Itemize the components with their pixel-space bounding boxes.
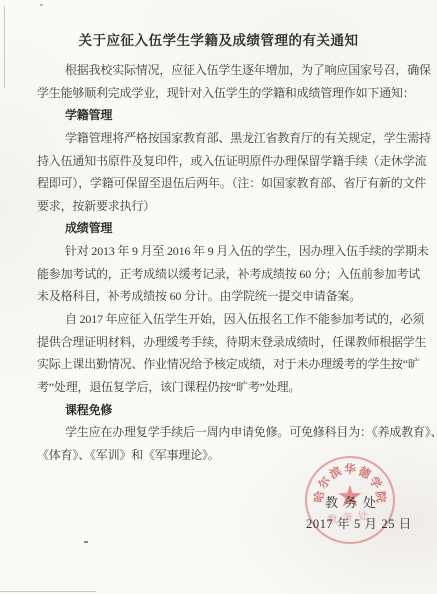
text-line: 根据我校实际情况，应征入伍学生逐年增加，为了响应国家号召，确保 (37, 59, 411, 82)
text-line: 学生应在办理复学手续后一周内申请免修。可免修科目为：《养成教育》、 (37, 421, 411, 444)
text-line: 能参加考试的，正考成绩以缓考记录，补考成绩按 60 分；入伍前参加考试 (37, 263, 411, 286)
scan-artifact-left-edge (4, 6, 5, 88)
section-heading-chengji: 成绩管理 (37, 217, 411, 240)
text-line: 实际上课出勤情况、作业情况给予核定成绩，对于未办理缓考的学生按“旷 (37, 353, 411, 376)
text-line: 提供合理证明材料，办理缓考手续，待期末登录成绩时，任课教师根据学生 (37, 331, 411, 354)
text-line: 自 2017 年应征入伍学生开始，因入伍报名工作不能参加考试的，必须 (37, 308, 411, 331)
text-line: 考”处理，退伍复学后，该门课程仍按“旷考”处理。 (37, 376, 411, 399)
document-title: 关于应征入伍学生学籍及成绩管理的有关通知 (0, 29, 437, 49)
text-line: 学籍管理将严格按国家教育部、黑龙江省教育厅的有关规定，学生需持 (37, 127, 411, 150)
text-line: 程即可），学籍可保留至退伍后两年。（注：如国家教育部、省厅有新的文件 (37, 172, 411, 195)
scan-artifact-speck (84, 541, 88, 543)
section-heading-mianxiu: 课程免修 (37, 399, 411, 422)
text-line: 针对 2013 年 9 月至 2016 年 9 月入伍的学生，因办理入伍手续的学… (37, 240, 411, 263)
text-line: 学生能够顺利完成学业，现针对入伍学生的学籍和成绩管理作如下通知： (37, 82, 411, 105)
text-line: 未及格科目，补考成绩按 60 分计。由学院统一提交申请备案。 (37, 285, 411, 308)
document-body: 根据我校实际情况，应征入伍学生逐年增加，为了响应国家号召，确保 学生能够顺利完成… (37, 59, 411, 467)
scanned-notice-page: 关于应征入伍学生学籍及成绩管理的有关通知 根据我校实际情况，应征入伍学生逐年增加… (0, 0, 437, 594)
scan-artifact-bottom-edge (0, 591, 96, 592)
issue-date: 2017 年 5 月 25 日 (306, 514, 412, 532)
section-heading-xueji: 学籍管理 (37, 104, 411, 127)
text-line: 要求，按新要求执行） (37, 195, 411, 218)
scan-artifact-speck (40, 4, 43, 6)
text-line: 持入伍通知书原件及复印件，或入伍证明原件办理保留学籍手续（走休学流 (37, 150, 411, 173)
issuing-office: 教务处 (325, 492, 382, 511)
